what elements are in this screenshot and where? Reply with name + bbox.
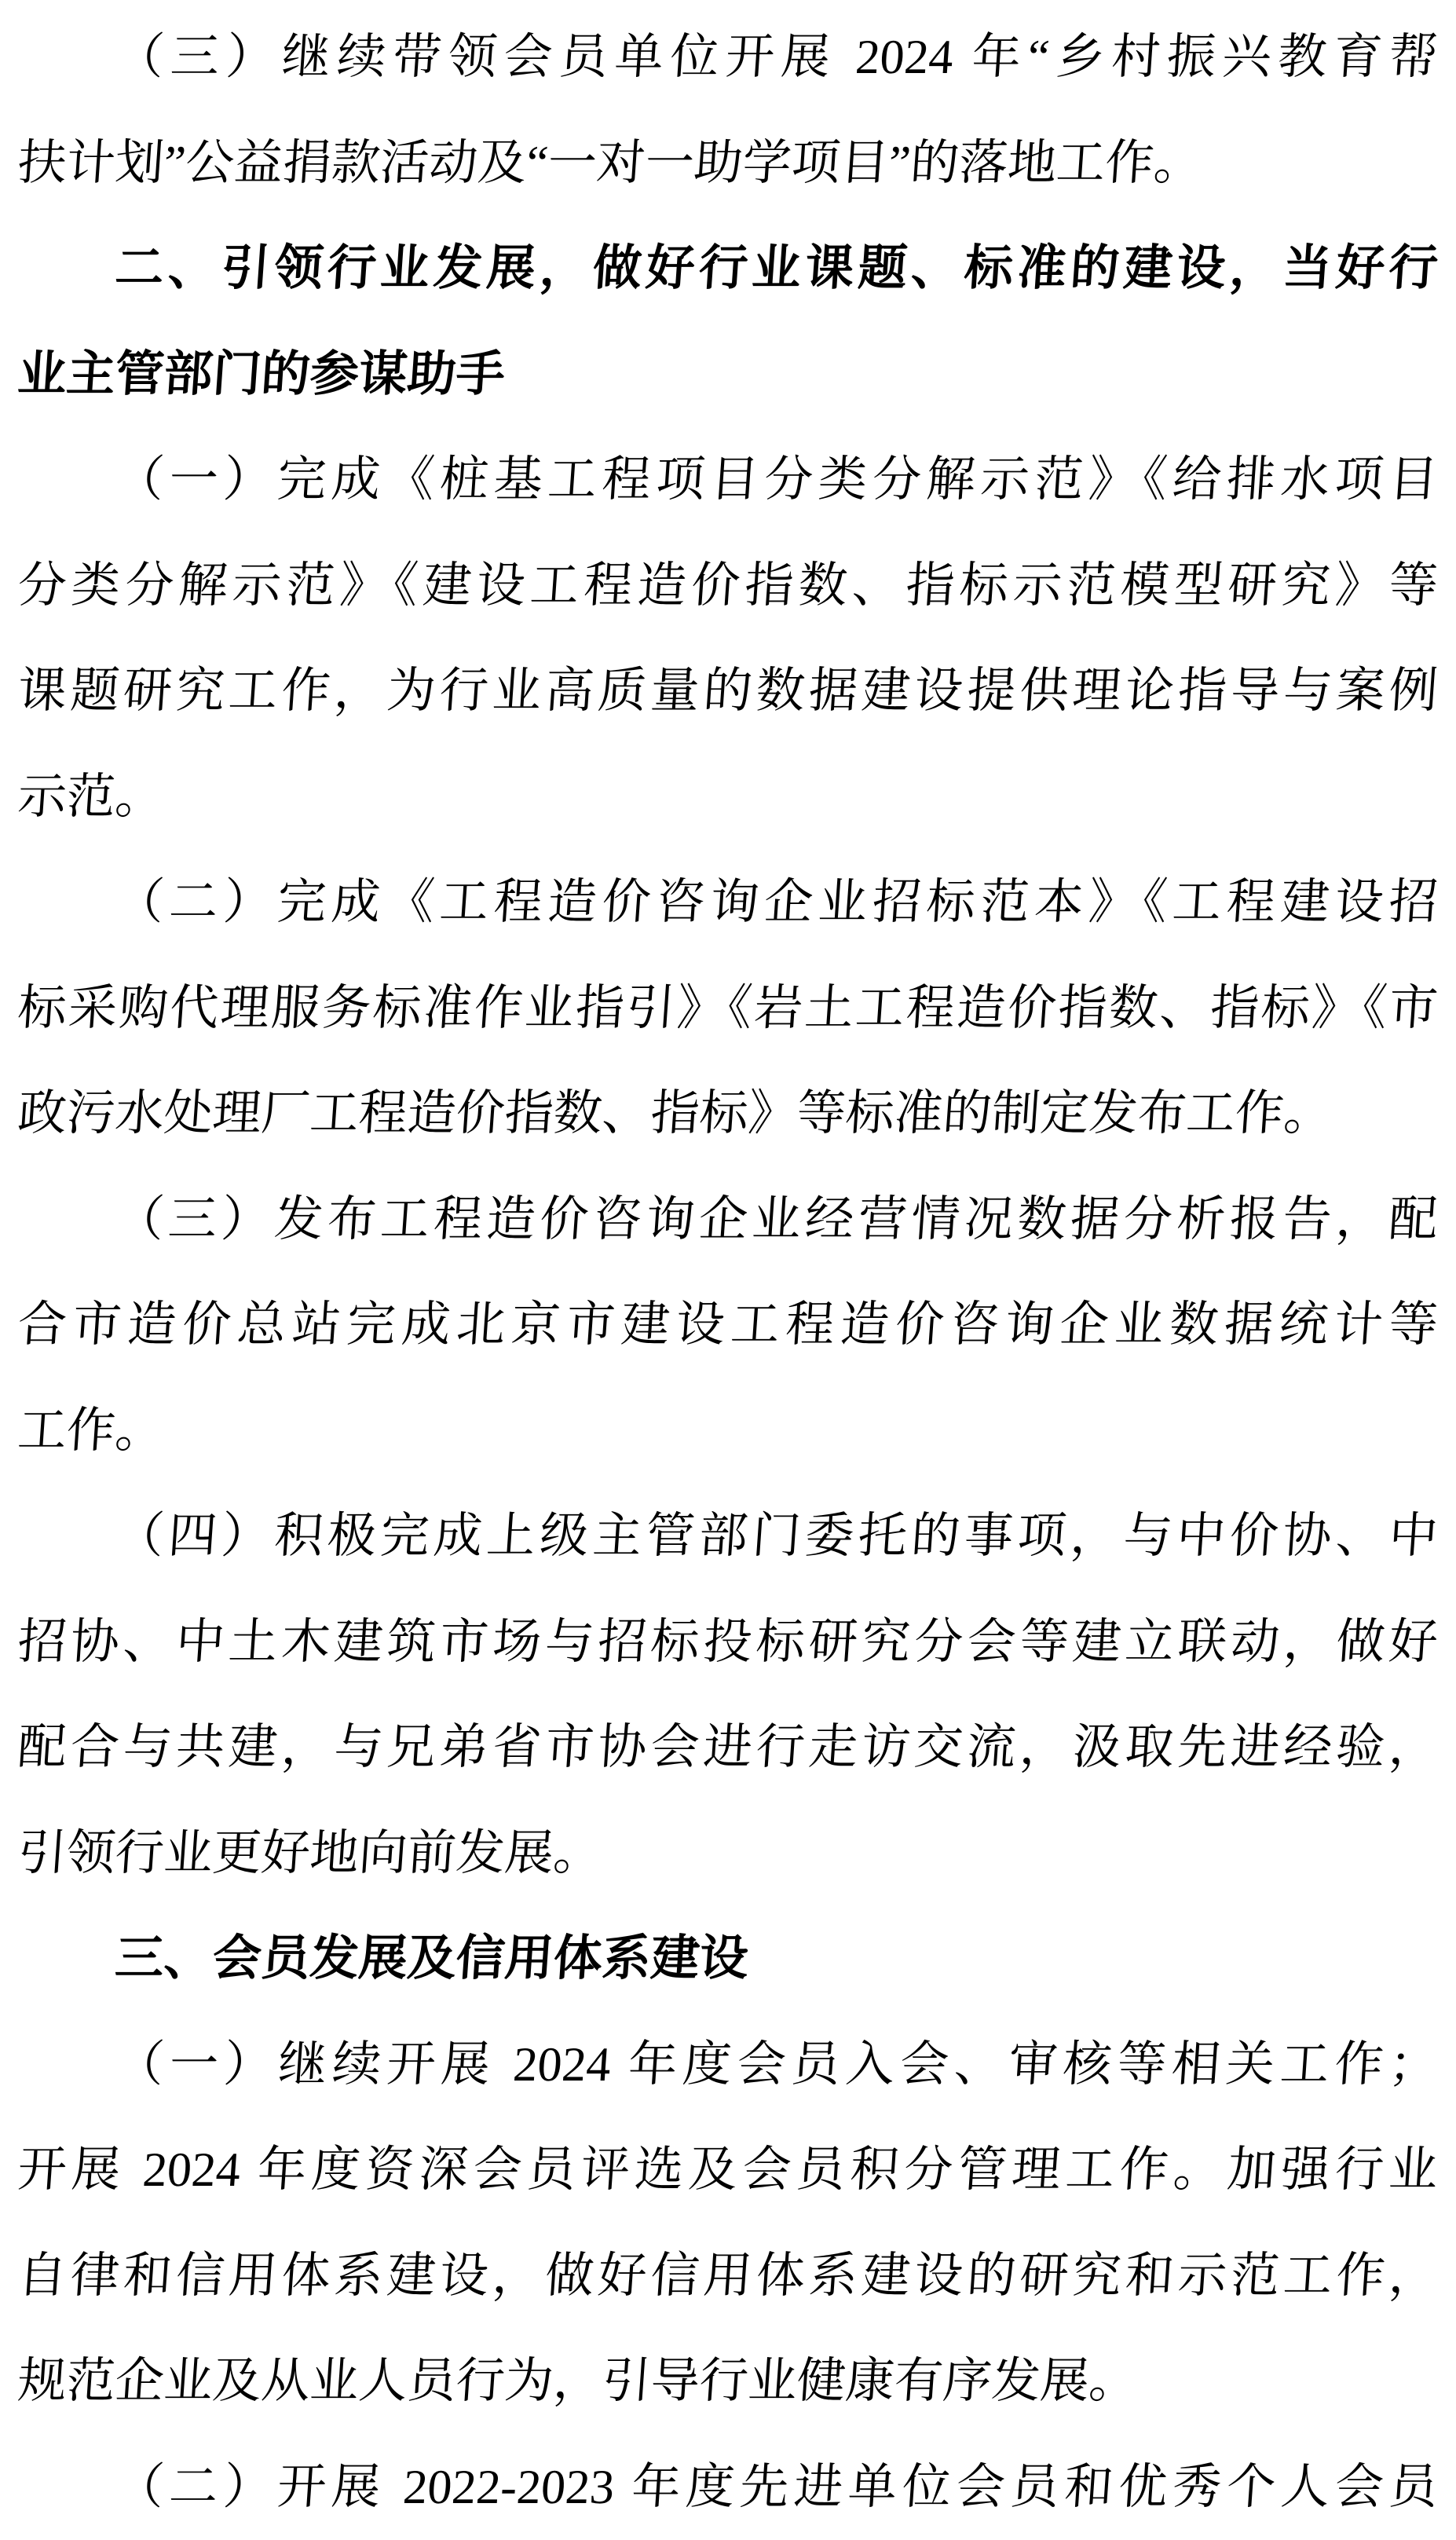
body-text-line: 政污水处理厂工程造价指数、指标》等标准的制定发布工作。	[14, 1061, 1441, 1167]
body-text-line: 合市造价总站完成北京市建设工程造价咨询企业数据统计等	[14, 1272, 1441, 1378]
body-text-line: 分类分解示范》《建设工程造价指数、指标示范模型研究》等	[14, 533, 1441, 639]
body-text-line: 引领行业更好地向前发展。	[14, 1801, 1441, 1907]
body-text-line: 配合与共建，与兄弟省市协会进行走访交流，汲取先进经验，	[14, 1695, 1441, 1801]
body-text-line: （二）开展 2022-2023 年度先进单位会员和优秀个人会员	[14, 2435, 1441, 2540]
section-heading-line: 三、会员发展及信用体系建设	[14, 1906, 1441, 2012]
body-text-line: （一）完成《桩基工程项目分类分解示范》《给排水项目	[14, 427, 1441, 533]
body-text-line: （二）完成《工程造价咨询企业招标范本》《工程建设招	[14, 850, 1441, 956]
body-text-line: 课题研究工作，为行业高质量的数据建设提供理论指导与案例	[14, 639, 1441, 745]
body-text-line: 标采购代理服务标准作业指引》《岩土工程造价指数、指标》《市	[14, 956, 1441, 1062]
body-text-line: （三）继续带领会员单位开展 2024 年“乡村振兴教育帮	[14, 5, 1441, 111]
body-text-line: 规范企业及从业人员行为，引导行业健康有序发展。	[14, 2329, 1441, 2435]
body-text-line: 招协、中土木建筑市场与招标投标研究分会等建立联动，做好	[14, 1590, 1441, 1696]
body-text-line: 开展 2024 年度资深会员评选及会员积分管理工作。加强行业	[14, 2117, 1441, 2223]
document-page: （三）继续带领会员单位开展 2024 年“乡村振兴教育帮 扶计划”公益捐款活动及…	[0, 0, 1456, 2540]
body-text-line: （一）继续开展 2024 年度会员入会、审核等相关工作；	[14, 2012, 1441, 2118]
body-text-line: 工作。	[14, 1378, 1441, 1484]
body-text-line: 自律和信用体系建设，做好信用体系建设的研究和示范工作，	[14, 2223, 1441, 2330]
body-text-line: 示范。	[14, 745, 1441, 851]
body-text-line: （四）积极完成上级主管部门委托的事项，与中价协、中	[14, 1484, 1441, 1590]
body-text-line: 扶计划”公益捐款活动及“一对一助学项目”的落地工作。	[14, 111, 1441, 217]
section-heading-line: 二、引领行业发展，做好行业课题、标准的建设，当好行	[14, 216, 1441, 322]
body-text-line: （三）发布工程造价咨询企业经营情况数据分析报告，配	[14, 1167, 1441, 1273]
section-heading-line: 业主管部门的参谋助手	[14, 322, 1441, 428]
